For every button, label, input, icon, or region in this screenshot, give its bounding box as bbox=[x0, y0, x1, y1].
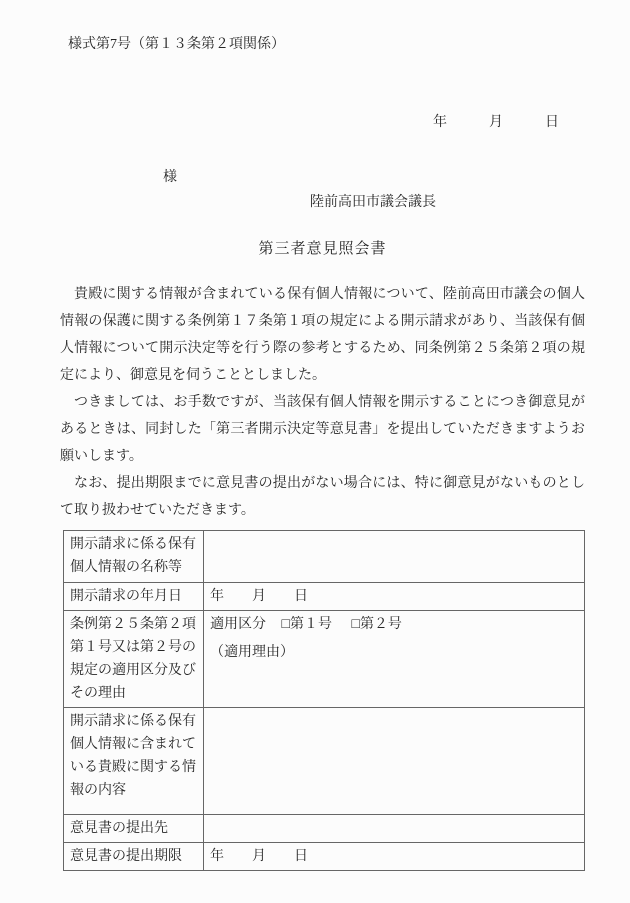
row-label-info-content: 開示請求に係る保有 個人情報に含まれて いる貴殿に関する情 報の内容 bbox=[64, 708, 204, 815]
row-value-ordinance-category: 適用区分 □第１号 □第２号 （適用理由） bbox=[204, 611, 585, 708]
apply-reason-label: （適用理由） bbox=[210, 641, 578, 664]
row-value-held-info-name bbox=[204, 531, 585, 583]
checkbox-no1-icon: □ bbox=[282, 617, 290, 632]
row-label-held-info-name: 開示請求に係る保有 個人情報の名称等 bbox=[64, 531, 204, 583]
row-label-submission-place: 意見書の提出先 bbox=[64, 815, 204, 843]
table-row-request-date: 開示請求の年月日 年 月 日 bbox=[64, 583, 585, 611]
sender-title: 陸前高田市議会議長 bbox=[310, 195, 436, 210]
row-value-submission-deadline: 年 月 日 bbox=[204, 843, 585, 871]
form-table: 開示請求に係る保有 個人情報の名称等 開示請求の年月日 年 月 日 条例第２５条… bbox=[63, 530, 585, 871]
row-label-submission-deadline: 意見書の提出期限 bbox=[64, 843, 204, 871]
addressee-line: 様 bbox=[60, 168, 585, 188]
row-value-request-date: 年 月 日 bbox=[204, 583, 585, 611]
row-value-submission-place bbox=[204, 815, 585, 843]
table-row-submission-place: 意見書の提出先 bbox=[64, 815, 585, 843]
checkbox-no2-icon: □ bbox=[351, 617, 359, 632]
table-row-submission-deadline: 意見書の提出期限 年 月 日 bbox=[64, 843, 585, 871]
document-body: 貴殿に関する情報が含まれている保有個人情報について、陸前高田市議会の個人情報の保… bbox=[60, 281, 585, 524]
row-label-request-date: 開示請求の年月日 bbox=[64, 583, 204, 611]
apply-category-label: 適用区分 bbox=[210, 617, 266, 632]
option-no1-label: 第１号 bbox=[290, 617, 332, 632]
row-label-ordinance-category: 条例第２５条第２項 第１号又は第２号の 規定の適用区分及び その理由 bbox=[64, 611, 204, 708]
body-paragraph-2: つきましては、お手数ですが、当該保有個人情報を開示することにつき御意見があるとき… bbox=[60, 389, 585, 470]
row-value-info-content bbox=[204, 708, 585, 815]
table-row-ordinance-category: 条例第２５条第２項 第１号又は第２号の 規定の適用区分及び その理由 適用区分 … bbox=[64, 611, 585, 708]
table-row-info-content: 開示請求に係る保有 個人情報に含まれて いる貴殿に関する情 報の内容 bbox=[64, 708, 585, 815]
addressee-suffix: 様 bbox=[163, 170, 177, 185]
option-no2: □第２号 bbox=[351, 617, 401, 632]
option-no2-label: 第２号 bbox=[360, 617, 402, 632]
form-number-label: 様式第7号（第１３条第２項関係） bbox=[68, 35, 585, 55]
document-page: 様式第7号（第１３条第２項関係） 年 月 日 様 陸前高田市議会議長 第三者意見… bbox=[0, 0, 630, 903]
date-line: 年 月 日 bbox=[60, 113, 585, 133]
body-paragraph-1: 貴殿に関する情報が含まれている保有個人情報について、陸前高田市議会の個人情報の保… bbox=[60, 281, 585, 389]
document-title: 第三者意見照会書 bbox=[60, 239, 585, 259]
apply-category-line: 適用区分 □第１号 □第２号 bbox=[210, 613, 578, 636]
table-row-held-info-name: 開示請求に係る保有 個人情報の名称等 bbox=[64, 531, 585, 583]
body-paragraph-3: なお、提出期限までに意見書の提出がない場合には、特に御意見がないものとして取り扱… bbox=[60, 470, 585, 524]
option-no1: □第１号 bbox=[282, 617, 336, 632]
sender-line: 陸前高田市議会議長 bbox=[60, 193, 585, 213]
